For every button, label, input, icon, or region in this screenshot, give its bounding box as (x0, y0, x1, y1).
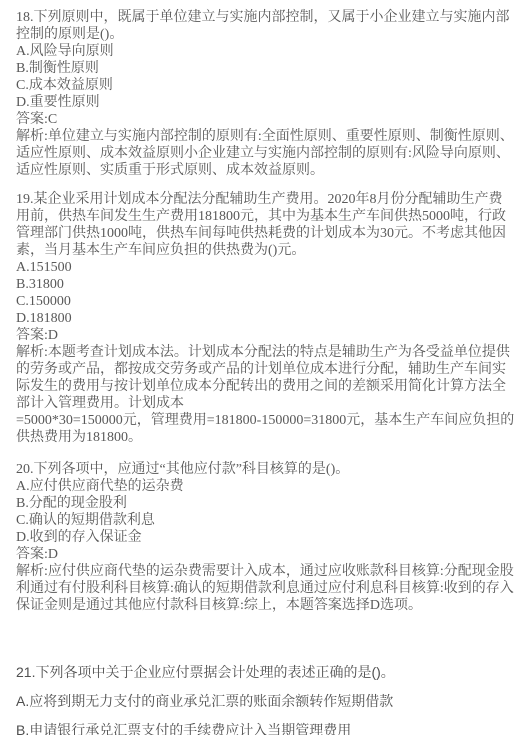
answer-line: 答案:C (16, 111, 516, 128)
option-b: B.31800 (16, 276, 516, 293)
analysis-line: 解析:应付供应商代垫的运杂费需要计入成本，通过应收账款科目核算:分配现金股利通过… (16, 563, 516, 614)
answer-line: 答案:D (16, 327, 516, 344)
option-d: D.181800 (16, 310, 516, 327)
option-d: D.收到的存入保证金 (16, 529, 516, 546)
question-20: 20.下列各项中，应通过“其他应付款”科目核算的是()。 A.应付供应商代垫的运… (16, 461, 516, 614)
document-page: 18.下列原则中，既属于单位建立与实施内部控制，又属于小企业建立与实施内部控制的… (0, 0, 530, 735)
option-b: B.申请银行承兑汇票支付的手续费应计入当期管理费用 (16, 722, 516, 735)
option-b: B.制衡性原则 (16, 60, 516, 77)
option-c: C.成本效益原则 (16, 77, 516, 94)
analysis-line: =5000*30=150000元，管理费用=181800-150000=3180… (16, 412, 516, 446)
question-stem: 21.下列各项中关于企业应付票据会计处理的表述正确的是()。 (16, 664, 516, 680)
option-c: C.150000 (16, 293, 516, 310)
option-a: A.应将到期无力支付的商业承兑汇票的账面余额转作短期借款 (16, 693, 516, 709)
analysis-line: 解析:本题考查计划成本法。计划成本分配法的特点是辅助生产为各受益单位提供的劳务或… (16, 344, 516, 412)
option-c: C.确认的短期借款利息 (16, 512, 516, 529)
analysis-line: 解析:单位建立与实施内部控制的原则有:全面性原则、重要性原则、制衡性原则、适应性… (16, 128, 516, 179)
option-b: B.分配的现金股利 (16, 495, 516, 512)
question-stem: 19.某企业采用计划成本分配法分配辅助生产费用。2020年8月份分配辅助生产费用… (16, 191, 516, 259)
option-a: A.151500 (16, 259, 516, 276)
question-18: 18.下列原则中，既属于单位建立与实施内部控制，又属于小企业建立与实施内部控制的… (16, 9, 516, 179)
question-stem: 20.下列各项中，应通过“其他应付款”科目核算的是()。 (16, 461, 516, 478)
option-a: A.应付供应商代垫的运杂费 (16, 478, 516, 495)
answer-line: 答案:D (16, 546, 516, 563)
option-a: A.风险导向原则 (16, 43, 516, 60)
question-21: 21.下列各项中关于企业应付票据会计处理的表述正确的是()。 A.应将到期无力支… (16, 664, 516, 735)
question-stem: 18.下列原则中，既属于单位建立与实施内部控制，又属于小企业建立与实施内部控制的… (16, 9, 516, 43)
option-d: D.重要性原则 (16, 94, 516, 111)
question-19: 19.某企业采用计划成本分配法分配辅助生产费用。2020年8月份分配辅助生产费用… (16, 191, 516, 446)
